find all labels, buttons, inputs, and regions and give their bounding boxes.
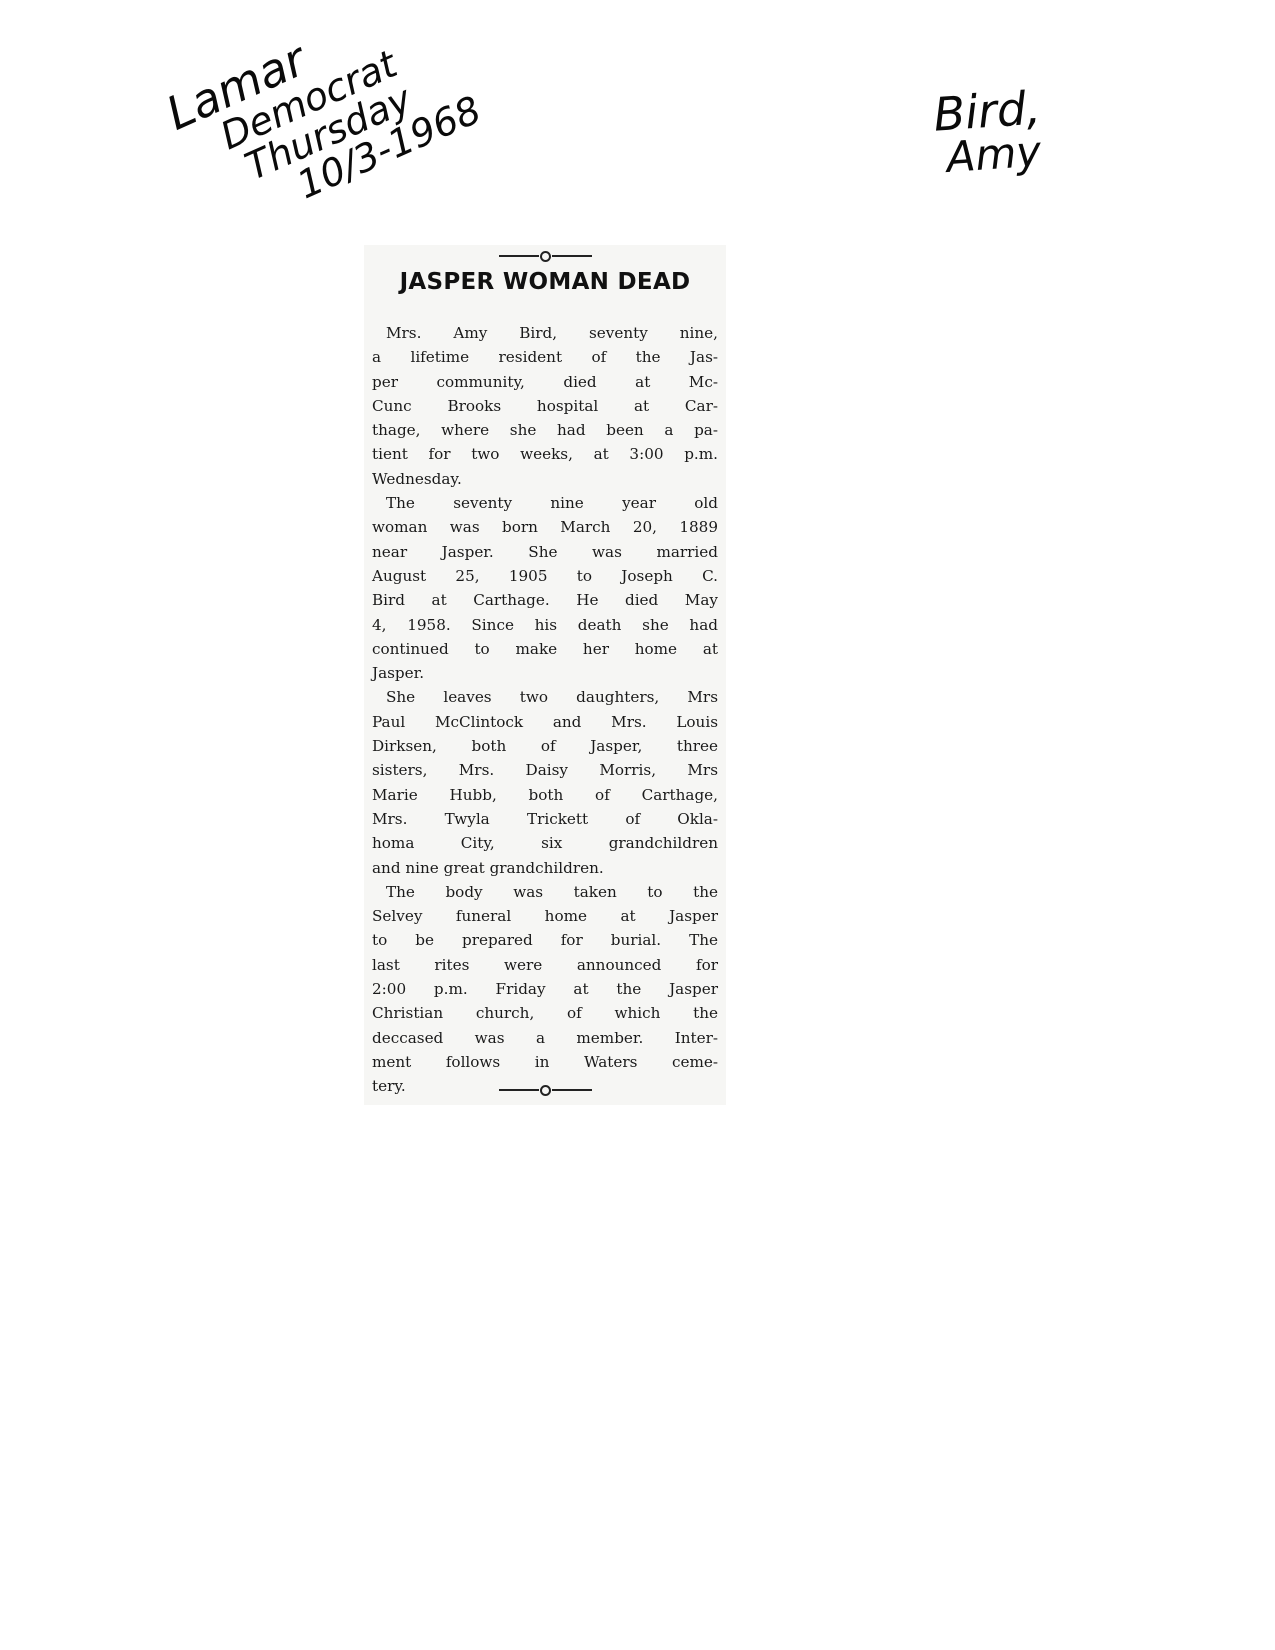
handwritten-source-note: Lamar Democrat Thursday 10/3-1968	[160, 0, 486, 241]
article-line: woman was born March 20, 1889	[372, 515, 718, 539]
article-body: Mrs. Amy Bird, seventy nine,a lifetime r…	[372, 321, 718, 1099]
article-line: a lifetime resident of the Jas-	[372, 345, 718, 369]
article-line: She leaves two daughters, Mrs	[372, 685, 718, 709]
handwritten-name-note: Bird, Amy	[932, 84, 1045, 179]
ornament-rule-bottom	[364, 1083, 726, 1097]
article-line: to be prepared for burial. The	[372, 928, 718, 952]
article-line: Bird at Carthage. He died May	[372, 588, 718, 612]
article-line: per community, died at Mc-	[372, 370, 718, 394]
article-line: Mrs. Amy Bird, seventy nine,	[372, 321, 718, 345]
article-line: The seventy nine year old	[372, 491, 718, 515]
article-line: Jasper.	[372, 661, 718, 685]
article-line: thage, where she had been a pa-	[372, 418, 718, 442]
article-line: ment follows in Waters ceme-	[372, 1050, 718, 1074]
article-line: continued to make her home at	[372, 637, 718, 661]
article-line: 4, 1958. Since his death she had	[372, 613, 718, 637]
article-line: tient for two weeks, at 3:00 p.m.	[372, 442, 718, 466]
ornament-rule-top	[364, 249, 726, 263]
article-line: homa City, six grandchildren	[372, 831, 718, 855]
note-given-name: Amy	[945, 130, 1045, 179]
article-line: Selvey funeral home at Jasper	[372, 904, 718, 928]
article-line: Marie Hubb, both of Carthage,	[372, 783, 718, 807]
article-line: Paul McClintock and Mrs. Louis	[372, 710, 718, 734]
article-line: Cunc Brooks hospital at Car-	[372, 394, 718, 418]
article-line: deccased was a member. Inter-	[372, 1026, 718, 1050]
article-line: Dirksen, both of Jasper, three	[372, 734, 718, 758]
article-line: last rites were announced for	[372, 953, 718, 977]
article-line: sisters, Mrs. Daisy Morris, Mrs	[372, 758, 718, 782]
article-line: Wednesday.	[372, 467, 718, 491]
article-line: August 25, 1905 to Joseph C.	[372, 564, 718, 588]
article-line: The body was taken to the	[372, 880, 718, 904]
article-line: and nine great grandchildren.	[372, 856, 718, 880]
article-line: near Jasper. She was married	[372, 540, 718, 564]
article-line: Mrs. Twyla Trickett of Okla-	[372, 807, 718, 831]
article-line: 2:00 p.m. Friday at the Jasper	[372, 977, 718, 1001]
newspaper-clipping: JASPER WOMAN DEAD Mrs. Amy Bird, seventy…	[364, 245, 726, 1105]
article-line: Christian church, of which the	[372, 1001, 718, 1025]
headline: JASPER WOMAN DEAD	[364, 269, 726, 295]
